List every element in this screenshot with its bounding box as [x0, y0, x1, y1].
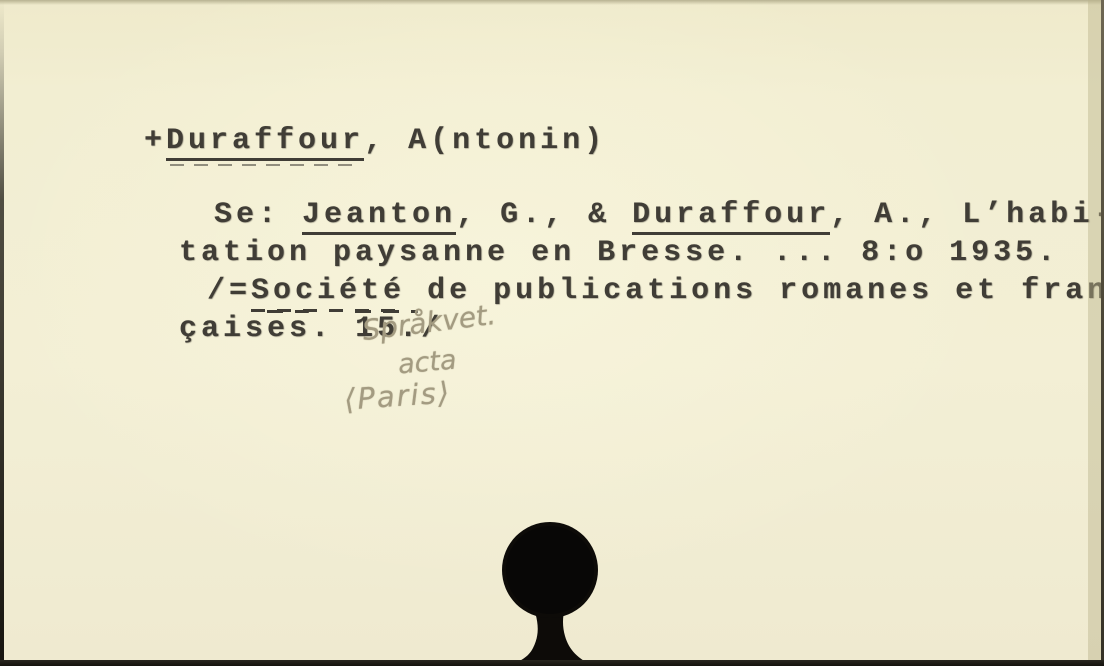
pencil-note-line-3: ⟨Paris⟩	[343, 375, 452, 416]
heading-rest: , A(ntonin)	[364, 124, 606, 158]
plus-mark: +	[144, 124, 166, 158]
series-continuation-marked: es	[267, 310, 311, 346]
card-edge-bottom	[0, 660, 1104, 666]
author-name: Duraffour	[166, 124, 364, 161]
series-period: .	[311, 312, 355, 346]
card-edge-top	[0, 0, 1104, 5]
series-title-rest: de publications romanes et fran-	[405, 274, 1104, 308]
catalog-card: +Duraffour, A(ntonin) Se: Jeanton, G., &…	[0, 0, 1104, 666]
hole-punch	[452, 506, 656, 666]
card-edge-left	[0, 0, 4, 666]
series-continuation: çais	[179, 312, 267, 346]
card-edge-right-band	[1088, 0, 1101, 666]
